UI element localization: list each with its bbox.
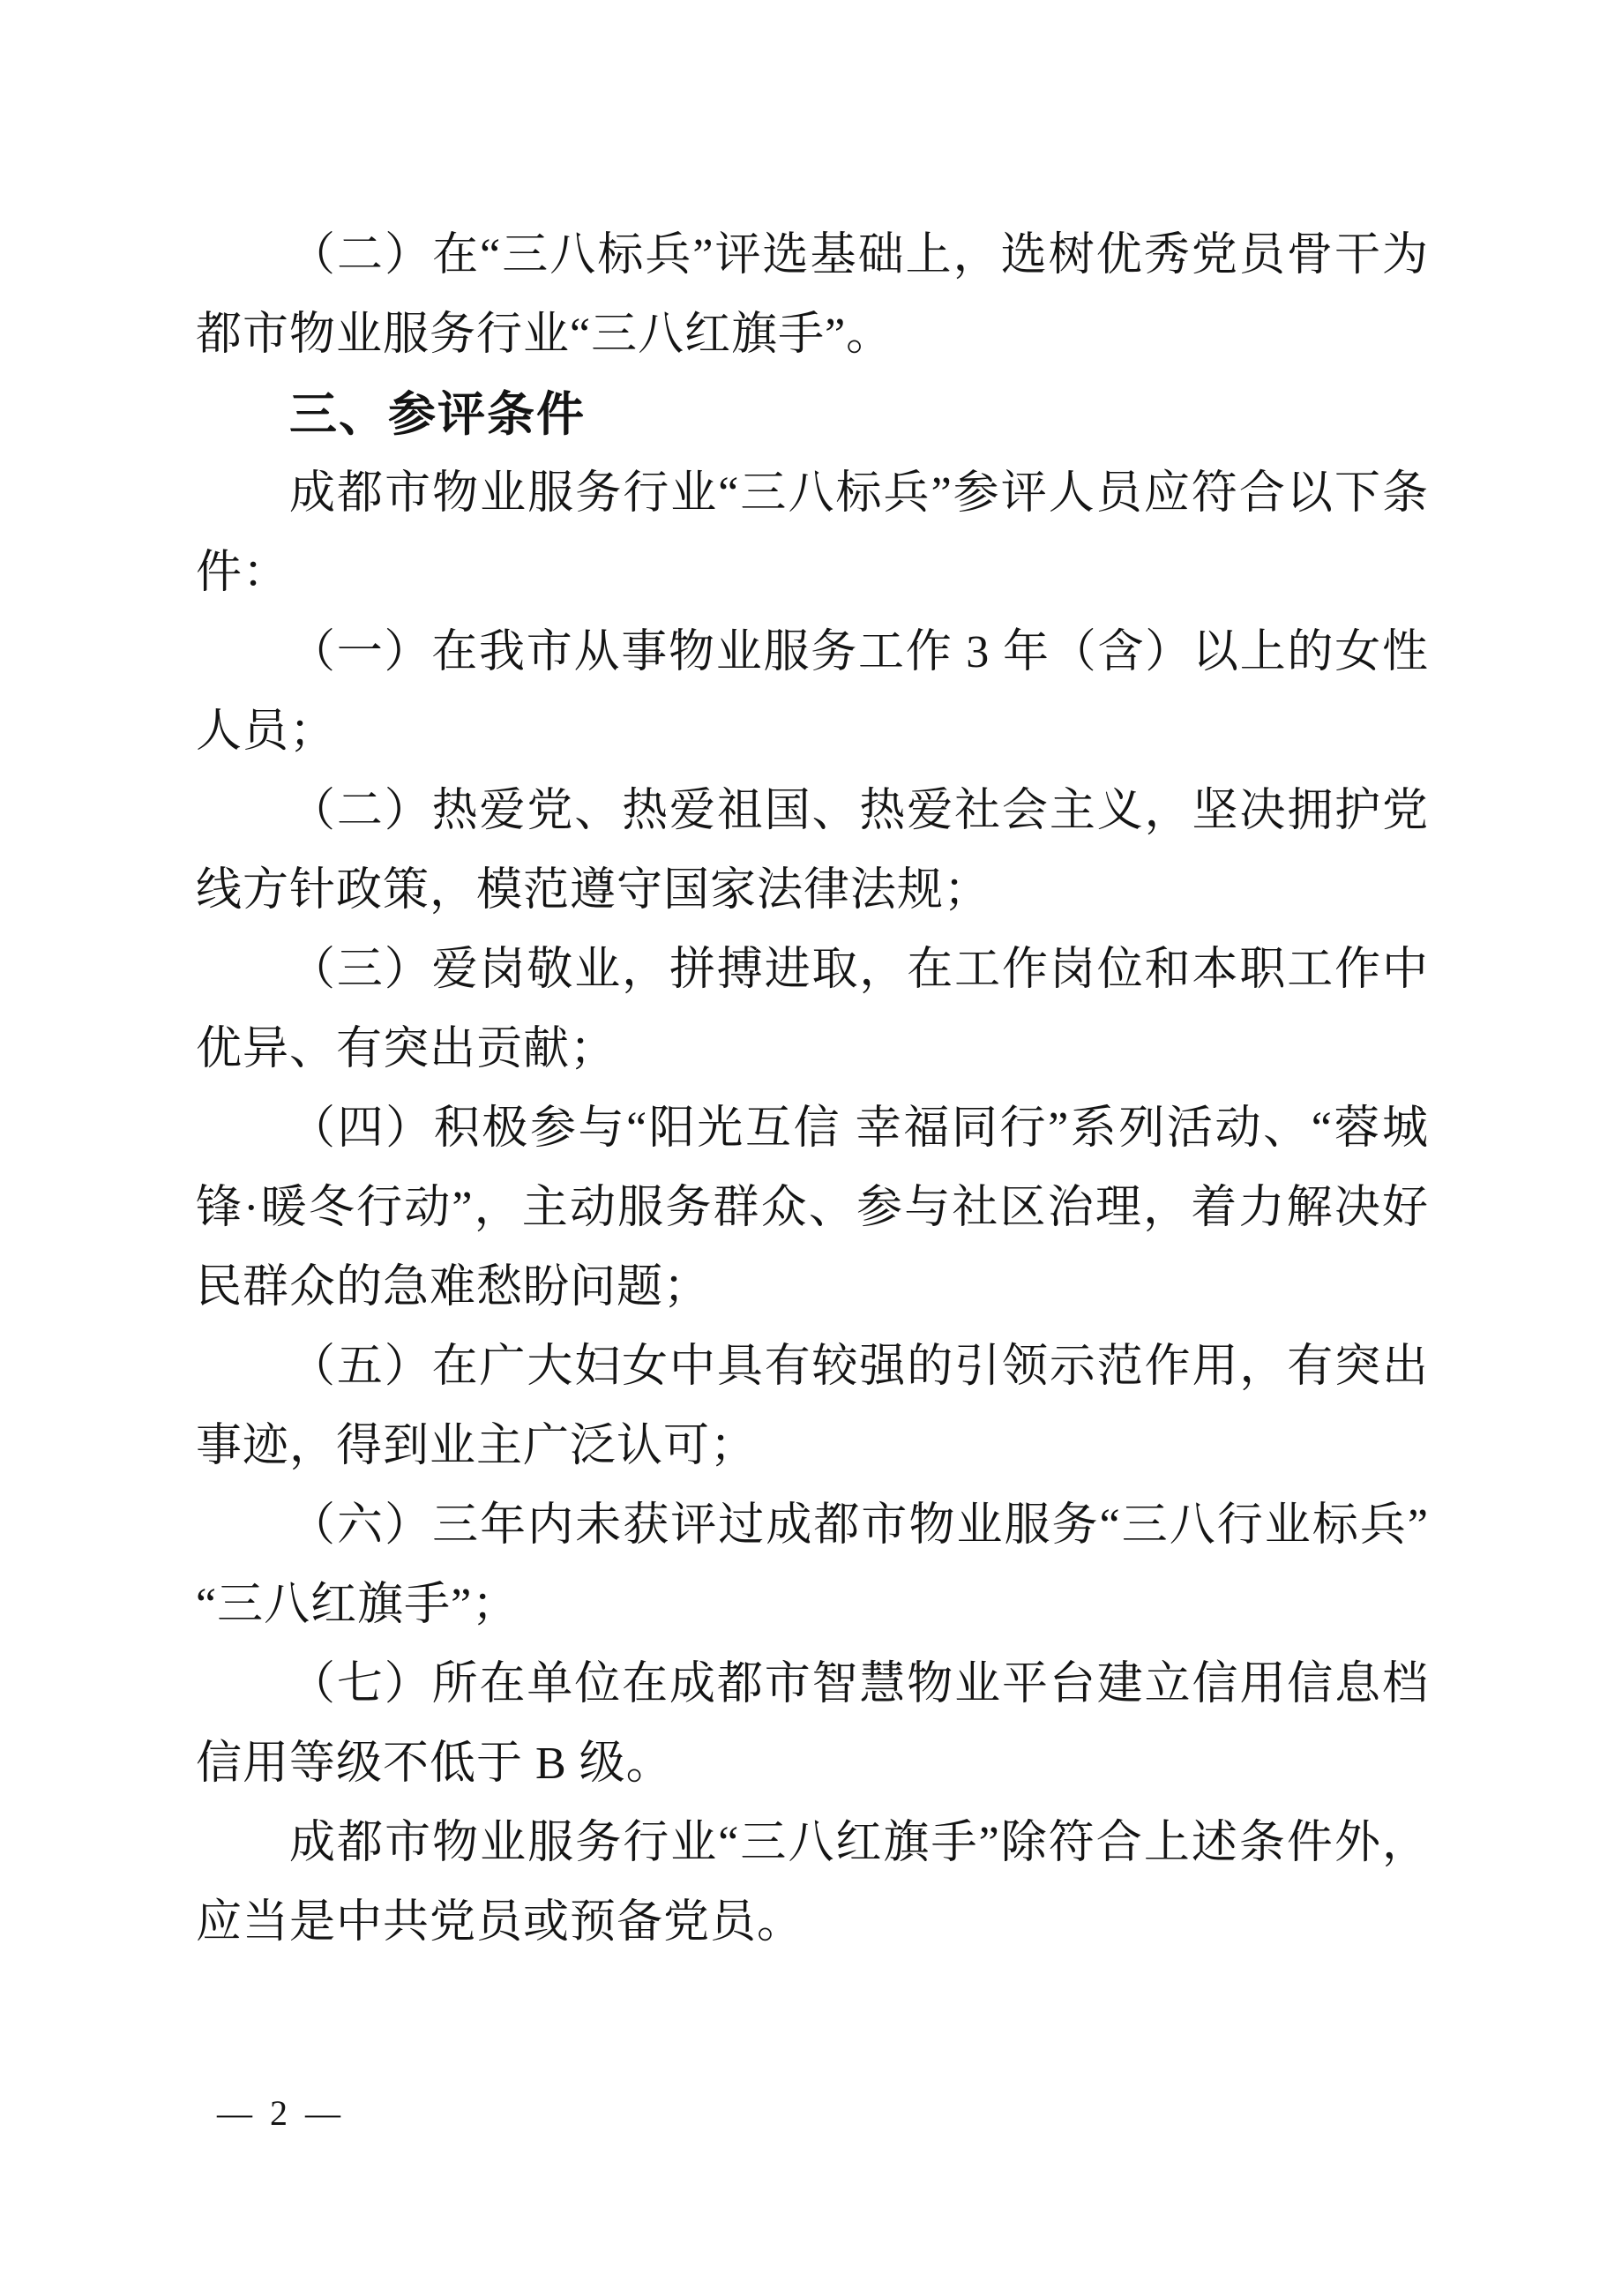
text-line: （七）所在单位在成都市智慧物业平台建立信用信息档案，	[196, 1645, 1429, 1724]
text-line: 人员；	[196, 692, 1429, 772]
text-line: 应当是中共党员或预备党员。	[196, 1883, 1429, 1963]
text-line: 锋·暖冬行动”，主动服务群众、参与社区治理，着力解决好人	[196, 1169, 1429, 1248]
text-line: 件：	[196, 534, 1429, 613]
section-heading: 三、参评条件	[196, 375, 1429, 454]
text-line: （二）热爱党、热爱祖国、热爱社会主义，坚决拥护党的路	[196, 772, 1429, 851]
text-line: “三八红旗手”；	[196, 1566, 1429, 1645]
text-line: （二）在“三八标兵”评选基础上，选树优秀党员骨干为成	[196, 216, 1429, 295]
text-line: （五）在广大妇女中具有较强的引领示范作用，有突出先进	[196, 1327, 1429, 1407]
text-line: 都市物业服务行业“三八红旗手”。	[196, 295, 1429, 375]
text-line: 线方针政策，模范遵守国家法律法规；	[196, 851, 1429, 931]
document-body: （二）在“三八标兵”评选基础上，选树优秀党员骨干为成 都市物业服务行业“三八红旗…	[196, 216, 1429, 1963]
text-line: 事迹，得到业主广泛认可；	[196, 1407, 1429, 1486]
text-line: 优异、有突出贡献；	[196, 1010, 1429, 1089]
text-line: 成都市物业服务行业“三八红旗手”除符合上述条件外，还	[196, 1804, 1429, 1883]
text-line: 信用等级不低于 B 级。	[196, 1724, 1429, 1804]
text-line: （四）积极参与“阳光互信 幸福同行”系列活动、“蓉城先	[196, 1089, 1429, 1169]
page-number: — 2 —	[217, 2087, 345, 2140]
text-line: （一）在我市从事物业服务工作 3 年（含）以上的女性从业	[196, 613, 1429, 692]
text-line: 民群众的急难愁盼问题；	[196, 1248, 1429, 1327]
text-line: （六）三年内未获评过成都市物业服务“三八行业标兵”	[196, 1486, 1429, 1566]
document-page: （二）在“三八标兵”评选基础上，选树优秀党员骨干为成 都市物业服务行业“三八红旗…	[0, 0, 1622, 2296]
text-line: 成都市物业服务行业“三八标兵”参评人员应符合以下条	[196, 454, 1429, 534]
text-line: （三）爱岗敬业，拼搏进取，在工作岗位和本职工作中表现	[196, 931, 1429, 1010]
